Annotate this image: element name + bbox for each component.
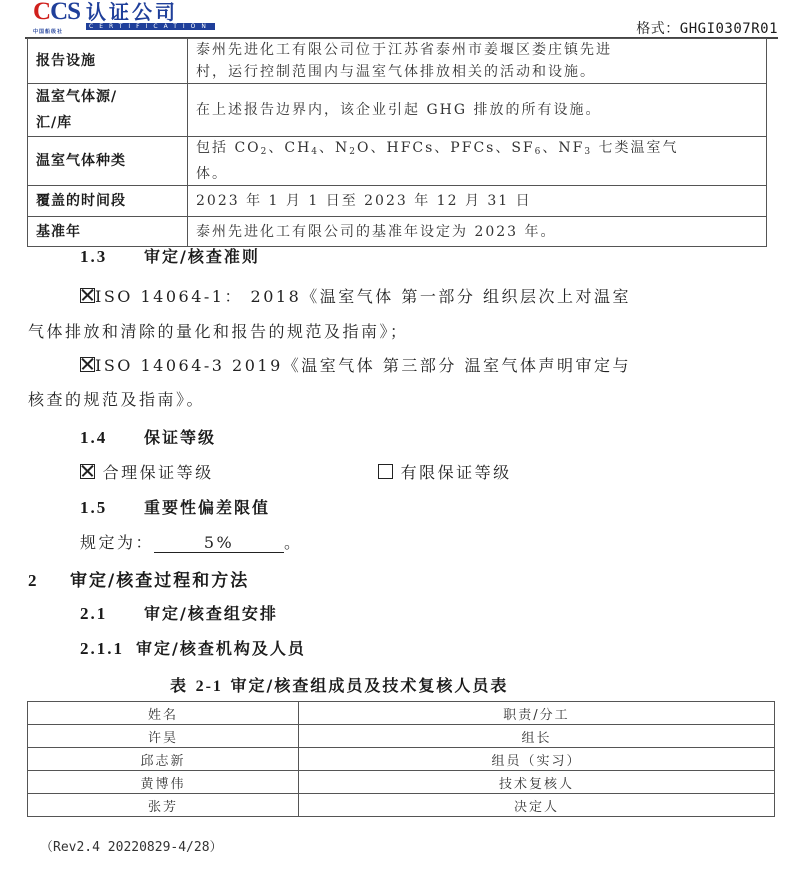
row-key: 基准年 (28, 217, 188, 247)
table-row: 温室气体源/ 汇/库 在上述报告边界内，该企业引起 GHG 排放的所有设施。 (28, 84, 767, 137)
assurance-option-reasonable[interactable]: 合理保证等级 (80, 460, 214, 483)
cell-role: 技术复核人 (299, 771, 775, 794)
caption-title: 审定/核查组成员及技术复核人员表 (231, 676, 509, 695)
criteria-item-iso-14064-3-cont: 核查的规范及指南》。 (28, 387, 205, 410)
cell-name: 许昊 (28, 725, 299, 748)
section-heading-1-3: 1.3审定/核查准则 (80, 244, 260, 267)
cell-role: 组员（实习） (299, 748, 775, 771)
row-value: 在上述报告边界内，该企业引起 GHG 排放的所有设施。 (188, 84, 767, 137)
section-heading-1-5: 1.5重要性偏差限值 (80, 495, 270, 518)
section-title: 重要性偏差限值 (144, 498, 270, 517)
key-line: 汇/库 (36, 110, 179, 136)
section-number: 2.1.1 (80, 639, 136, 659)
column-header-role: 职责/分工 (299, 702, 775, 725)
ccs-certification-logo: CCS 中国船级社 认证公司 CERTIFICATION (33, 2, 215, 28)
caption-prefix: 表 (170, 676, 188, 695)
row-key: 报告设施 (28, 39, 188, 84)
section-title: 审定/核查过程和方法 (70, 571, 249, 591)
cell-name: 张芳 (28, 794, 299, 817)
format-label: 格式： (636, 21, 680, 37)
table-row: 报告设施 泰州先进化工有限公司位于江苏省泰州市姜堰区娄庄镇先进 村，运行控制范围… (28, 39, 767, 84)
revision-footer: （Rev2.4 20220829-4/28） (40, 836, 223, 855)
section-number: 2 (28, 571, 70, 591)
value-line: 村，运行控制范围内与温室气体排放相关的活动和设施。 (196, 61, 758, 83)
option-label: 合理保证等级 (103, 463, 214, 482)
threshold-label: 规定为： (80, 533, 154, 552)
assurance-option-limited[interactable]: 有限保证等级 (378, 460, 512, 483)
table-row: 许昊 组长 (28, 725, 775, 748)
report-scope-table: 报告设施 泰州先进化工有限公司位于江苏省泰州市姜堰区娄庄镇先进 村，运行控制范围… (27, 38, 767, 247)
row-key: 覆盖的时间段 (28, 186, 188, 217)
criteria-text: ISO 14064-1： 2018《温室气体 第一部分 组织层次上对温室 (95, 287, 631, 306)
cell-name: 黄博伟 (28, 771, 299, 794)
criteria-item-iso-14064-3: ISO 14064-3 2019《温室气体 第三部分 温室气体声明审定与 (80, 353, 631, 376)
cell-role: 组长 (299, 725, 775, 748)
logo-cn-title: 认证公司 (86, 2, 215, 22)
row-key: 温室气体源/ 汇/库 (28, 84, 188, 137)
checked-box-icon[interactable] (80, 357, 95, 372)
section-title: 审定/核查机构及人员 (136, 639, 306, 658)
threshold-suffix: 。 (284, 533, 303, 552)
section-title: 保证等级 (144, 428, 216, 447)
cell-name: 邱志新 (28, 748, 299, 771)
unchecked-box-icon[interactable] (378, 464, 393, 479)
table-caption: 表 2-1 审定/核查组成员及技术复核人员表 (170, 673, 508, 696)
criteria-text: ISO 14064-3 2019《温室气体 第三部分 温室气体声明审定与 (95, 356, 631, 375)
cell-role: 决定人 (299, 794, 775, 817)
row-value: 泰州先进化工有限公司的基准年设定为 2023 年。 (188, 217, 767, 247)
value-line: 包括 CO2、CH4、N2O、HFCs、PFCs、SF6、NF3 七类温室气 (196, 137, 758, 163)
column-header-name: 姓名 (28, 702, 299, 725)
verification-team-table: 姓名 职责/分工 许昊 组长 邱志新 组员（实习） 黄博伟 技术复核人 张芳 决… (27, 701, 775, 817)
row-value: 包括 CO2、CH4、N2O、HFCs、PFCs、SF6、NF3 七类温室气 体… (188, 137, 767, 186)
section-number: 1.3 (80, 247, 144, 267)
section-number: 2.1 (80, 604, 144, 624)
section-heading-2-1: 2.1审定/核查组安排 (80, 601, 278, 624)
format-code-value: GHGI0307R01 (680, 21, 778, 37)
table-row: 温室气体种类 包括 CO2、CH4、N2O、HFCs、PFCs、SF6、NF3 … (28, 137, 767, 186)
caption-number: 2-1 (196, 678, 223, 695)
logo-ccs-mark: CCS 中国船级社 (33, 2, 80, 22)
format-code: 格式：GHGI0307R01 (636, 18, 778, 38)
table-row: 黄博伟 技术复核人 (28, 771, 775, 794)
key-line: 温室气体源/ (36, 84, 179, 110)
checked-box-icon[interactable] (80, 464, 95, 479)
option-label: 有限保证等级 (401, 463, 512, 482)
section-number: 1.4 (80, 428, 144, 448)
table-header-row: 姓名 职责/分工 (28, 702, 775, 725)
row-value: 泰州先进化工有限公司位于江苏省泰州市姜堰区娄庄镇先进 村，运行控制范围内与温室气… (188, 39, 767, 84)
criteria-item-iso-14064-1: ISO 14064-1： 2018《温室气体 第一部分 组织层次上对温室 (80, 284, 631, 307)
table-row: 基准年 泰州先进化工有限公司的基准年设定为 2023 年。 (28, 217, 767, 247)
row-value: 2023 年 1 月 1 日至 2023 年 12 月 31 日 (188, 186, 767, 217)
value-line: 体。 (196, 163, 758, 185)
criteria-item-iso-14064-1-cont: 气体排放和清除的量化和报告的规范及指南》； (28, 319, 409, 342)
logo-cn-block: 认证公司 CERTIFICATION (86, 2, 215, 30)
section-heading-2: 2审定/核查过程和方法 (28, 566, 249, 591)
table-row: 覆盖的时间段 2023 年 1 月 1 日至 2023 年 12 月 31 日 (28, 186, 767, 217)
materiality-threshold: 规定为：5%。 (80, 530, 303, 553)
section-title: 审定/核查准则 (144, 247, 260, 266)
section-title: 审定/核查组安排 (144, 604, 278, 623)
section-heading-2-1-1: 2.1.1审定/核查机构及人员 (80, 636, 306, 659)
logo-certification-bar: CERTIFICATION (86, 23, 215, 30)
section-number: 1.5 (80, 498, 144, 518)
checked-box-icon[interactable] (80, 288, 95, 303)
table-row: 邱志新 组员（实习） (28, 748, 775, 771)
section-heading-1-4: 1.4保证等级 (80, 425, 216, 448)
row-key: 温室气体种类 (28, 137, 188, 186)
threshold-value: 5% (154, 533, 284, 553)
table-row: 张芳 决定人 (28, 794, 775, 817)
value-line: 泰州先进化工有限公司位于江苏省泰州市姜堰区娄庄镇先进 (196, 39, 758, 61)
